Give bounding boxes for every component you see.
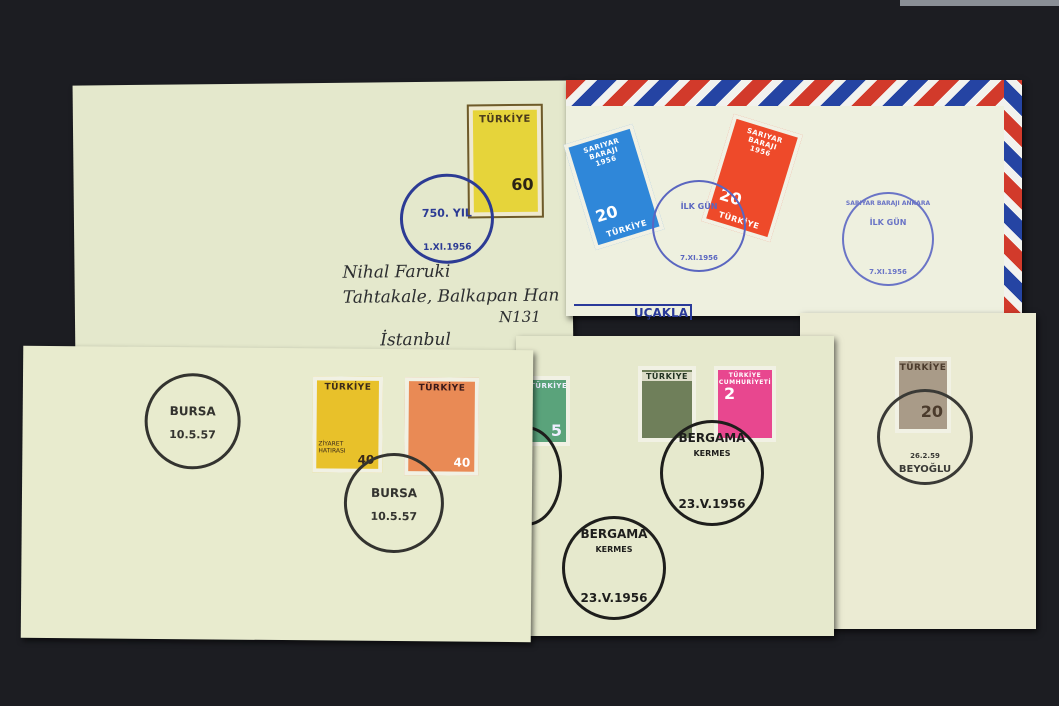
- address-line-4: İstanbul: [380, 330, 451, 351]
- postmark-center: KERMES: [663, 449, 761, 458]
- airmail-border-side: [1004, 80, 1022, 316]
- postmark-date: 10.5.57: [147, 428, 237, 442]
- postmark-center: İLK GÜN: [654, 202, 744, 211]
- stamp-country: TÜRKİYE: [473, 114, 537, 126]
- postmark-date: 23.V.1956: [565, 591, 663, 605]
- background-object: [900, 0, 1059, 6]
- postmark-ring: BERGAMA: [663, 431, 761, 445]
- stamp-value: 20: [593, 201, 620, 226]
- postmark-center: BURSA: [347, 486, 441, 501]
- postmark-center: BURSA: [148, 404, 238, 419]
- stamp-text: ZİYARET HATIRASI: [318, 440, 348, 454]
- stamp-value: 40: [454, 456, 471, 470]
- stamp-country: TÜRKİYE: [317, 382, 379, 393]
- postmark-bursa-1: BURSA 10.5.57: [144, 373, 241, 470]
- postmark-center: KERMES: [565, 545, 663, 554]
- postmark-beyoglu: 26.2.59 BEYOĞLU: [877, 389, 973, 485]
- postmark-date: 23.V.1956: [663, 497, 761, 511]
- stamp-sariyar-blue: SARIYAR BARAJI 1956 20 TÜRKİYE: [563, 124, 664, 250]
- cover-bergama: TÜRKİYE 5 TÜRKİYE TÜRKİYE CUMHURİYETİ 2 …: [516, 336, 834, 636]
- postmark-bergama-2: BERGAMA KERMES 23.V.1956: [562, 516, 666, 620]
- stamp-value: 60: [511, 175, 533, 194]
- stamp-country: TÜRKİYE: [530, 382, 566, 390]
- postmark-date: 7.XI.1956: [654, 254, 744, 262]
- cover-kayseri: TÜRKİYE 60 750. YIL 1.XI.1956 Nihal Faru…: [73, 80, 574, 365]
- airmail-border: [566, 80, 1022, 106]
- postmark-center: İLK GÜN: [844, 218, 932, 227]
- postmark-date: 7.XI.1956: [844, 268, 932, 276]
- stamp-value: 5: [551, 421, 562, 440]
- postmark-date: 1.XI.1956: [403, 242, 491, 253]
- postmark-ring: BERGAMA: [565, 527, 663, 541]
- cover-bursa: BURSA 10.5.57 TÜRKİYE ZİYARET HATIRASI 4…: [21, 346, 534, 642]
- postmark-sariyar-2: SARIYAR BARAJI ANKARA İLK GÜN 7.XI.1956: [842, 192, 934, 286]
- postmark-ring: SARIYAR BARAJI ANKARA: [844, 200, 932, 207]
- postmark-center: 750. YIL: [403, 206, 491, 220]
- address-line-3: N131: [499, 308, 541, 326]
- cover-sariyar: SARIYAR BARAJI 1956 20 TÜRKİYE SARIYAR B…: [566, 80, 1022, 316]
- address-line-1: Nihal Faruki: [342, 262, 450, 283]
- address-line-2: Tahtakale, Balkapan Han: [343, 286, 560, 308]
- airmail-label: UÇAKLA: [574, 304, 692, 320]
- postmark-bergama-1: BERGAMA KERMES 23.V.1956: [660, 420, 764, 526]
- stamp-country: TÜRKİYE: [409, 383, 475, 394]
- postmark-date: 10.5.57: [347, 510, 441, 524]
- stamp-value: 2: [724, 384, 735, 403]
- postmark-center: BEYOĞLU: [880, 464, 970, 475]
- postmark-kayseri: 750. YIL 1.XI.1956: [399, 173, 494, 264]
- postmark-bursa-2: BURSA 10.5.57: [343, 453, 444, 554]
- postmark-date: 26.2.59: [880, 452, 970, 460]
- postmark-sariyar-1: İLK GÜN 7.XI.1956: [652, 180, 746, 272]
- stamp-country: TÜRKİYE: [899, 363, 947, 373]
- stamp-country: TÜRKİYE: [642, 372, 692, 381]
- cover-beyoglu: TÜRKİYE 20 26.2.59 BEYOĞLU: [800, 313, 1036, 629]
